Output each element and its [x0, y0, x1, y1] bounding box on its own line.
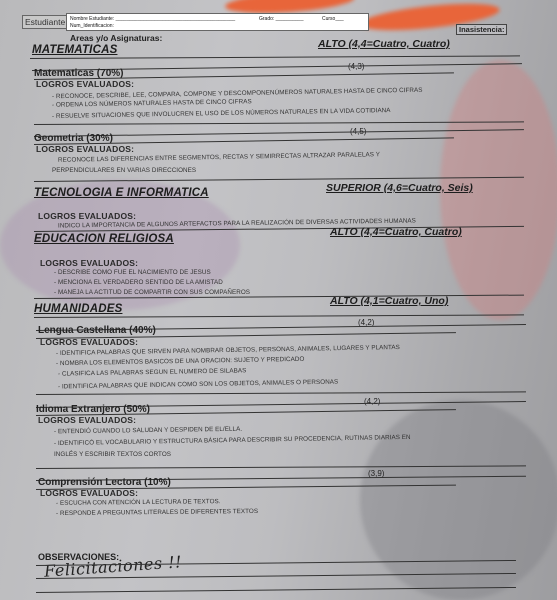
grade-field[interactable]: Grado: __________ [259, 16, 304, 22]
absence-label: Inasistencia: [456, 24, 507, 35]
achievement-item: - IDENTIFICÓ EL VOCABULARIO Y ESTRUCTURA… [54, 434, 411, 447]
logros-label: LOGROS EVALUADOS: [40, 258, 138, 268]
areas-label: Areas y/o Asignaturas: [70, 33, 162, 43]
id-field-label: Num_Identificacion: [70, 23, 114, 29]
achievement-item: - MENCIONA EL VERDADERO SENTIDO DE LA AM… [54, 279, 223, 286]
course-field[interactable]: Curso___ [322, 16, 344, 22]
logros-label: LOGROS EVALUADOS: [40, 337, 138, 347]
area-grade: ALTO (4,4=Cuatro, Cuatro) [330, 226, 462, 238]
logros-label: LOGROS EVALUADOS: [38, 415, 136, 425]
achievement-item: - CLASIFICA LAS PALABRAS SEGUN EL NUMERO… [58, 367, 246, 377]
area-title: EDUCACION RELIGIOSA [34, 233, 174, 245]
area-title: MATEMATICAS [32, 44, 117, 56]
area-grade: SUPERIOR (4,6=Cuatro, Seis) [326, 182, 473, 194]
achievement-item: INGLÉS Y ESCRIBIR TEXTOS CORTOS [54, 451, 171, 458]
area-grade: ALTO (4,1=Cuatro, Uno) [330, 295, 448, 307]
achievement-item: - ORDENA LOS NÚMEROS NATURALES HASTA DE … [52, 98, 252, 108]
logros-label: LOGROS EVALUADOS: [38, 211, 136, 221]
achievement-item: - RESPONDE A PREGUNTAS LITERALES DE DIFE… [56, 508, 258, 517]
course-field-label: Curso [322, 16, 335, 22]
id-field[interactable]: Num_Identificacion: [70, 23, 114, 29]
logros-label: LOGROS EVALUADOS: [36, 79, 134, 89]
achievement-item: - ENTENDIÓ CUANDO LO SALUDAN Y DESPIDEN … [54, 426, 242, 436]
achievement-item: - NOMBRA LOS ELEMENTOS BASICOS DE UNA OR… [56, 356, 305, 367]
achievement-item: PERPENDICULARES EN VARIAS DIRECCIONES [52, 167, 196, 174]
grade-field-label: Grado: [259, 16, 274, 22]
area-title: TECNOLOGIA E INFORMATICA [34, 187, 209, 199]
name-field-label: Nombre Estudiante: [70, 16, 114, 22]
student-info-box: Nombre Estudiante: _____________________… [66, 13, 369, 31]
name-field[interactable]: Nombre Estudiante: _____________________… [70, 16, 235, 22]
achievement-item: - DESCRIBE COMO FUE EL NACIMIENTO DE JES… [54, 269, 211, 276]
student-label: Estudiante [22, 15, 68, 29]
achievement-item: - RESUELVE SITUACIONES QUE INVOLUCREN EL… [52, 107, 391, 120]
logros-label: LOGROS EVALUADOS: [36, 144, 134, 154]
area-grade: ALTO (4,4=Cuatro, Cuatro) [318, 38, 450, 50]
shadow-stain [360, 400, 557, 600]
achievement-item: - ESCUCHA CON ATENCIÓN LA LECTURA DE TEX… [56, 498, 221, 507]
area-title: HUMANIDADES [34, 303, 122, 315]
achievement-item: - IDENTIFICA PALABRAS QUE INDICAN COMO S… [58, 379, 338, 391]
subject-score: (4,2) [364, 397, 380, 406]
subject-name: Lengua Castellana (40%) [38, 325, 156, 336]
achievement-item: - MANEJA LA ACTITUD DE COMPARTIR CON SUS… [54, 289, 250, 296]
subject-name: Comprensión Lectora (10%) [38, 477, 171, 488]
logros-label: LOGROS EVALUADOS: [40, 488, 138, 498]
